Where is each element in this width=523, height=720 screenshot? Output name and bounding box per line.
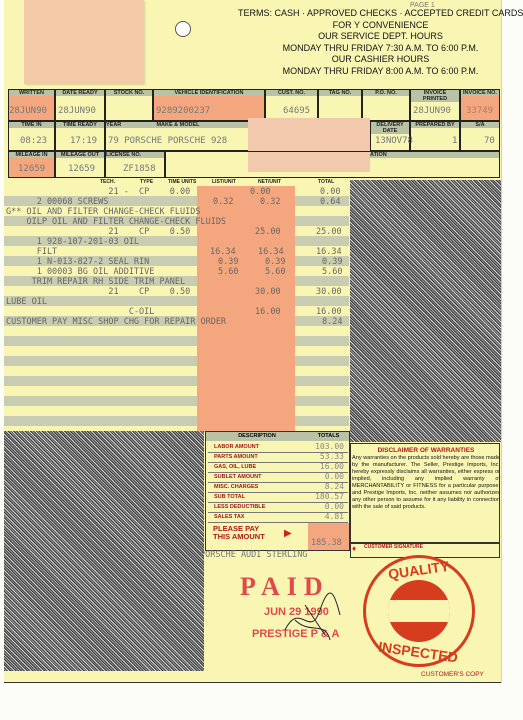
line-item-text: 2 00068 SCREWS <box>6 197 108 207</box>
seal-top-text: QUALITY <box>387 558 450 582</box>
service-hours-title: OUR SERVICE DEPT. HOURS <box>238 31 523 43</box>
line-item-text: 1 N-013-827-2 SEAL RIN <box>6 257 149 267</box>
vin-label: VEHICLE IDENTIFICATION <box>154 90 264 96</box>
license-no-label: LICENSE NO. <box>106 152 164 158</box>
invoice-no-label: INVOICE NO. <box>461 90 499 96</box>
cust-no-value: 64695 <box>283 106 310 116</box>
cashier-hours-title: OUR CASHIER HOURS <box>238 54 523 66</box>
po-no-label: P.O. NO. <box>363 90 409 96</box>
written-label: WRITTEN <box>9 90 54 96</box>
net-unit-header: NET/UNIT <box>258 179 281 185</box>
totals-row-sales-tax: SALES TAX4.81 <box>208 512 348 523</box>
signature-scribble <box>280 590 350 650</box>
line-item-total: 0.00 <box>320 187 340 197</box>
line-item-text: 1 928-107-201-03 OIL <box>6 237 139 247</box>
terms-block: TERMS: CASH · APPROVED CHECKS · ACCEPTED… <box>238 8 523 77</box>
line-item-text: 21 CP 0.50 <box>6 287 190 297</box>
list-unit-header: LIST/UNIT <box>212 179 236 185</box>
time-in-label: TIME IN <box>9 122 54 128</box>
vin-value: 9289200237 <box>156 106 210 116</box>
cust-no-label: CUST. NO. <box>266 90 317 96</box>
line-item-text: LUBE OIL <box>6 297 47 307</box>
redaction-hatch-left <box>4 431 204 671</box>
line-item-total: 0.39 <box>322 257 342 267</box>
line-item-total: 25.00 <box>316 227 342 237</box>
redaction-hatch-right <box>350 180 501 442</box>
sticky-note <box>24 0 144 84</box>
invoice-printed-value: 28JUN90 <box>413 106 451 116</box>
form-bottom-border <box>4 682 501 683</box>
punch-hole <box>175 21 191 37</box>
tag-no-label: TAG NO. <box>319 90 361 96</box>
mileage-in-label: MILEAGE IN <box>9 152 54 158</box>
line-item-total: 30.00 <box>316 287 342 297</box>
date-ready-value: 28JUN90 <box>58 106 96 116</box>
line-item-text: C-OIL <box>6 307 154 317</box>
please-pay-label: PLEASE PAY THIS AMOUNT <box>213 525 273 541</box>
seal-center <box>388 580 450 642</box>
mileage-in-value: 12659 <box>18 164 45 174</box>
year-label: YEAR <box>106 122 121 128</box>
terms-text: TERMS: CASH · APPROVED CHECKS · ACCEPTED… <box>238 8 523 20</box>
sa-label: S/A <box>461 122 499 128</box>
totals-description-header: DESCRIPTION <box>206 432 308 441</box>
stock-no-label: STOCK NO. <box>106 90 152 96</box>
copy-label: CUSTOMER'S COPY <box>421 671 484 678</box>
invoice-no-value: 33749 <box>466 106 493 116</box>
total-header: TOTAL <box>318 179 334 185</box>
license-no-value: ZF1858 <box>123 164 156 174</box>
disclaimer-body: Any warranties on the products sold here… <box>352 455 500 511</box>
line-item-net: 5.60 <box>265 267 285 277</box>
cashier-hours: MONDAY THRU FRIDAY 8:00 A.M. TO 6:00 P.M… <box>238 66 523 78</box>
time-ready-value: 17:19 <box>70 136 97 146</box>
time-ready-label: TIME READY <box>56 122 104 128</box>
line-item-list: 0.39 <box>218 257 238 267</box>
delivery-date-value: 13NOV78 <box>375 136 413 146</box>
written-value: 28JUN90 <box>9 106 47 116</box>
dealer-line: PORSCHE AUDI STERLING <box>200 550 307 560</box>
line-item-total: 8.24 <box>322 317 342 327</box>
prepared-by-value: 1 <box>452 136 457 146</box>
line-item-total: 0.64 <box>320 197 340 207</box>
location-label: ATION <box>370 152 499 158</box>
date-ready-label: DATE READY <box>56 90 104 96</box>
line-item-text: 1 00003 BG OIL ADDITIVE <box>6 267 154 277</box>
line-item-list: 0.32 <box>213 197 233 207</box>
line-item-net: 30.00 <box>255 287 281 297</box>
line-item-total: 5.60 <box>322 267 342 277</box>
line-item-text: G** OIL AND FILTER CHANGE-CHECK FLUIDS <box>6 207 200 217</box>
invoice-printed-label: INVOICE PRINTED <box>411 90 459 102</box>
sa-value: 70 <box>484 136 495 146</box>
line-item-net: 16.00 <box>255 307 281 317</box>
time-in-value: 08:23 <box>20 136 47 146</box>
quality-inspected-seal: QUALITY INSPECTED <box>363 555 475 667</box>
line-item-net: 0.32 <box>260 197 280 207</box>
delivery-date-label: DELIVERY DATE <box>371 122 409 134</box>
arrow-right-icon: ▶ <box>284 528 292 539</box>
line-item-net: 0.39 <box>265 257 285 267</box>
line-item-net: 16.34 <box>258 247 284 257</box>
line-item-text: 21 CP 0.50 <box>6 227 190 237</box>
line-item-total: 16.00 <box>316 307 342 317</box>
totals-amount-header: TOTALS <box>308 432 349 441</box>
service-hours: MONDAY THRU FRIDAY 7:30 A.M. TO 6:00 P.M… <box>238 43 523 55</box>
line-item-net: 25.00 <box>255 227 281 237</box>
grand-total-value: 185.38 <box>311 538 342 548</box>
line-item-text: TRIM REPAIR RH SIDE TRIM PANEL <box>6 277 185 287</box>
time-units-header: TIME UNITS <box>168 179 196 185</box>
line-item-net: 0.00 <box>250 187 270 197</box>
line-item-text: 21 - CP 0.00 <box>6 187 190 197</box>
mileage-out-value: 12659 <box>68 164 95 174</box>
tech-header: TECH. <box>100 179 115 185</box>
arrow-icon: ♦ <box>352 544 356 553</box>
convenience-text: FOR Y CONVENIENCE <box>238 20 523 32</box>
line-item-total: 16.34 <box>316 247 342 257</box>
line-item-list: 5.60 <box>218 267 238 277</box>
line-item-text: OILP OIL AND FILTER CHANGE-CHECK FLUIDS <box>6 217 226 227</box>
prepared-by-label: PREPARED BY <box>411 122 459 128</box>
disclaimer-title: DISCLAIMER OF WARRANTIES <box>352 447 500 454</box>
line-item-list: 16.34 <box>210 247 236 257</box>
type-header: TYPE <box>140 179 153 185</box>
line-item-text: FILT <box>6 247 57 257</box>
vehicle-value: 79 PORSCHE PORSCHE 928 <box>108 136 227 146</box>
make-model-label: MAKE & MODEL <box>156 122 199 128</box>
line-item-text: CUSTOMER PAY MISC SHOP CHG FOR REPAIR OR… <box>6 317 226 327</box>
year-make-label: YEAR MAKE & MODEL <box>106 122 249 128</box>
mileage-out-label: MILEAGE OUT <box>56 152 104 158</box>
signature-label: CUSTOMER SIGNATURE <box>364 544 423 550</box>
disclaimer: DISCLAIMER OF WARRANTIES Any warranties … <box>352 447 500 511</box>
